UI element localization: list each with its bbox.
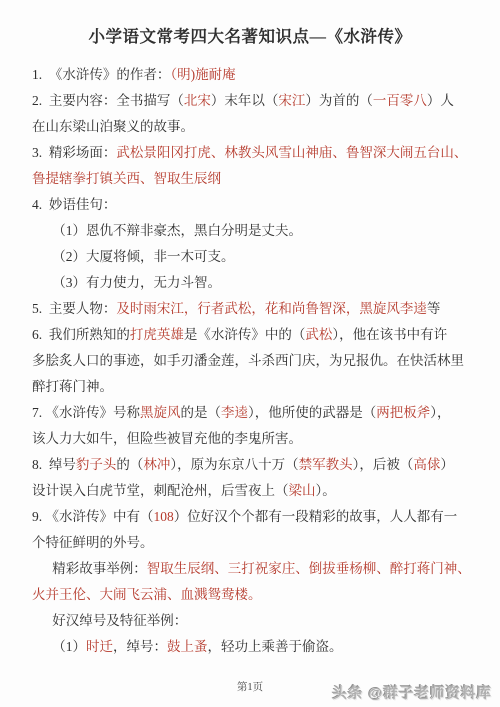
text-segment: 2. 主要内容：全书描写（: [32, 93, 184, 108]
item-4-sub-3: （3）有力使力，无力斗智。: [32, 270, 472, 296]
text-segment: 是《水浒传》中的（: [184, 327, 306, 342]
text-segment: 在山东梁山泊聚义的故事。: [32, 119, 194, 134]
text-segment: 醉打蒋门神。: [32, 379, 113, 394]
toutiao-watermark: 头条 @群子老师资料库: [332, 682, 492, 703]
text-segment: 该人力大如牛，但险些被冒充他的李鬼所害。: [32, 431, 302, 446]
text-segment: （3）有力使力，无力斗智。: [52, 275, 221, 290]
text-segment: 的（: [116, 457, 143, 472]
text-segment: ）人: [427, 93, 454, 108]
text-segment: ），原为东京八十万（: [170, 457, 298, 472]
item-9: 9. 《水浒传》中有（108）位好汉个个都有一段精彩的故事，人人都有一个特征鲜明…: [32, 504, 472, 556]
text-segment: 两把板斧: [376, 405, 430, 420]
text-segment: 梁山: [289, 483, 316, 498]
page-number: 第1页: [237, 682, 263, 693]
text-segment: 6. 我们所熟知的: [32, 327, 130, 342]
text-segment: （1）恩仇不辩非豪杰，黑白分明是丈夫。: [52, 223, 302, 238]
text-segment: （2）大厦将倾，非一木可支。: [52, 249, 234, 264]
text-segment: （1）: [52, 639, 86, 654]
nickname-1: （1）时迁，绰号：鼓上蚤，轻功上乘善于偷盗。: [32, 634, 472, 660]
text-segment: 4. 妙语佳句：: [32, 197, 116, 212]
text-segment: 鲁提辖拳打镇关西、智取生辰纲: [32, 171, 221, 186]
text-segment: 一百零八: [373, 93, 427, 108]
text-segment: ，轻功上乘善于偷盗。: [208, 639, 343, 654]
text-segment: 5. 主要人物：: [32, 301, 116, 316]
text-segment: 好汉绰号及特征举例：: [52, 613, 187, 628]
story-examples: 精彩故事举例：智取生辰纲、三打祝家庄、倒拔垂杨柳、醉打蒋门神、火并王伦、大闹飞云…: [32, 556, 472, 608]
text-segment: ）位好汉个个都有一段精彩的故事，人人都有一: [174, 509, 458, 524]
text-segment: 打虎英雄: [130, 327, 184, 342]
text-segment: ），后被（: [353, 457, 414, 472]
text-segment: 鼓上蚤: [167, 639, 208, 654]
text-segment: 黑旋风: [140, 405, 181, 420]
text-segment: 高俅: [413, 457, 440, 472]
text-segment: 精彩故事举例：: [52, 561, 147, 576]
document-page: 小学语文常考四大名著知识点—《水浒传》 1. 《水浒传》的作者：（明)施耐庵2.…: [0, 0, 500, 707]
page-title: 小学语文常考四大名著知识点—《水浒传》: [0, 0, 500, 48]
text-segment: ）。: [316, 483, 336, 498]
text-segment: ，绰号：: [113, 639, 167, 654]
text-segment: 武松景阳冈打虎、林教头风雪山神庙、鲁智深大闹五台山、: [116, 145, 467, 160]
nickname-heading: 好汉绰号及特征举例：: [32, 608, 472, 634]
item-2: 2. 主要内容：全书描写（北宋）末年以（宋江）为首的（一百零八）人在山东梁山泊聚…: [32, 88, 472, 140]
text-segment: 武松: [305, 327, 332, 342]
text-segment: 8. 绰号: [32, 457, 76, 472]
text-segment: 3. 精彩场面：: [32, 145, 116, 160]
text-segment: 林冲: [143, 457, 170, 472]
text-segment: 北宋: [184, 93, 211, 108]
item-8: 8. 绰号豹子头的（林冲），原为东京八十万（禁军教头），后被（高俅）设计误入白虎…: [32, 452, 472, 504]
text-segment: ），他在该书中有许: [332, 327, 447, 342]
item-6: 6. 我们所熟知的打虎英雄是《水浒传》中的（武松），他在该书中有许多脍炙人口的事…: [32, 322, 472, 400]
text-segment: 7. 《水浒传》号称: [32, 405, 140, 420]
text-segment: ），他所使的武器是（: [248, 405, 376, 420]
item-1: 1. 《水浒传》的作者：（明)施耐庵: [32, 62, 472, 88]
text-segment: 的是（: [181, 405, 222, 420]
text-segment: 9. 《水浒传》中有（: [32, 509, 154, 524]
item-4: 4. 妙语佳句：: [32, 192, 472, 218]
text-segment: （明)施耐庵: [170, 67, 235, 82]
text-segment: 智取生辰纲、三打祝家庄、倒拔垂杨柳、醉打蒋门神、: [147, 561, 471, 576]
item-5: 5. 主要人物：及时雨宋江，行者武松，花和尚鲁智深，黑旋风李逵等: [32, 296, 472, 322]
text-segment: 时迁: [86, 639, 113, 654]
text-segment: 豹子头: [76, 457, 117, 472]
text-segment: 等: [427, 301, 441, 316]
text-segment: ）为首的（: [305, 93, 373, 108]
text-segment: 李逵: [221, 405, 248, 420]
item-7: 7. 《水浒传》号称黑旋风的是（李逵），他所使的武器是（两把板斧），该人力大如牛…: [32, 400, 472, 452]
text-segment: ）末年以（: [211, 93, 279, 108]
text-segment: 及时雨宋江，行者武松，花和尚鲁智深，黑旋风李逵: [116, 301, 427, 316]
document-body: 1. 《水浒传》的作者：（明)施耐庵2. 主要内容：全书描写（北宋）末年以（宋江…: [0, 48, 500, 660]
item-3: 3. 精彩场面：武松景阳冈打虎、林教头风雪山神庙、鲁智深大闹五台山、鲁提辖拳打镇…: [32, 140, 472, 192]
text-segment: 多脍炙人口的事迹，如手刃潘金莲，斗杀西门庆，为兄报仇。在快活林里: [32, 353, 464, 368]
item-4-sub-1: （1）恩仇不辩非豪杰，黑白分明是丈夫。: [32, 218, 472, 244]
text-segment: 火并王伦、大闹飞云浦、血溅鸳鸯楼。: [32, 587, 262, 602]
text-segment: 1. 《水浒传》的作者：: [32, 67, 170, 82]
text-segment: ），: [430, 405, 450, 420]
text-segment: 宋江: [278, 93, 305, 108]
text-segment: 个特征鲜明的外号。: [32, 535, 154, 550]
item-4-sub-2: （2）大厦将倾，非一木可支。: [32, 244, 472, 270]
text-segment: 设计误入白虎节堂，刺配沧州，后雪夜上（: [32, 483, 289, 498]
text-segment: ）: [440, 457, 454, 472]
text-segment: 108: [154, 509, 174, 524]
text-segment: 禁军教头: [299, 457, 353, 472]
